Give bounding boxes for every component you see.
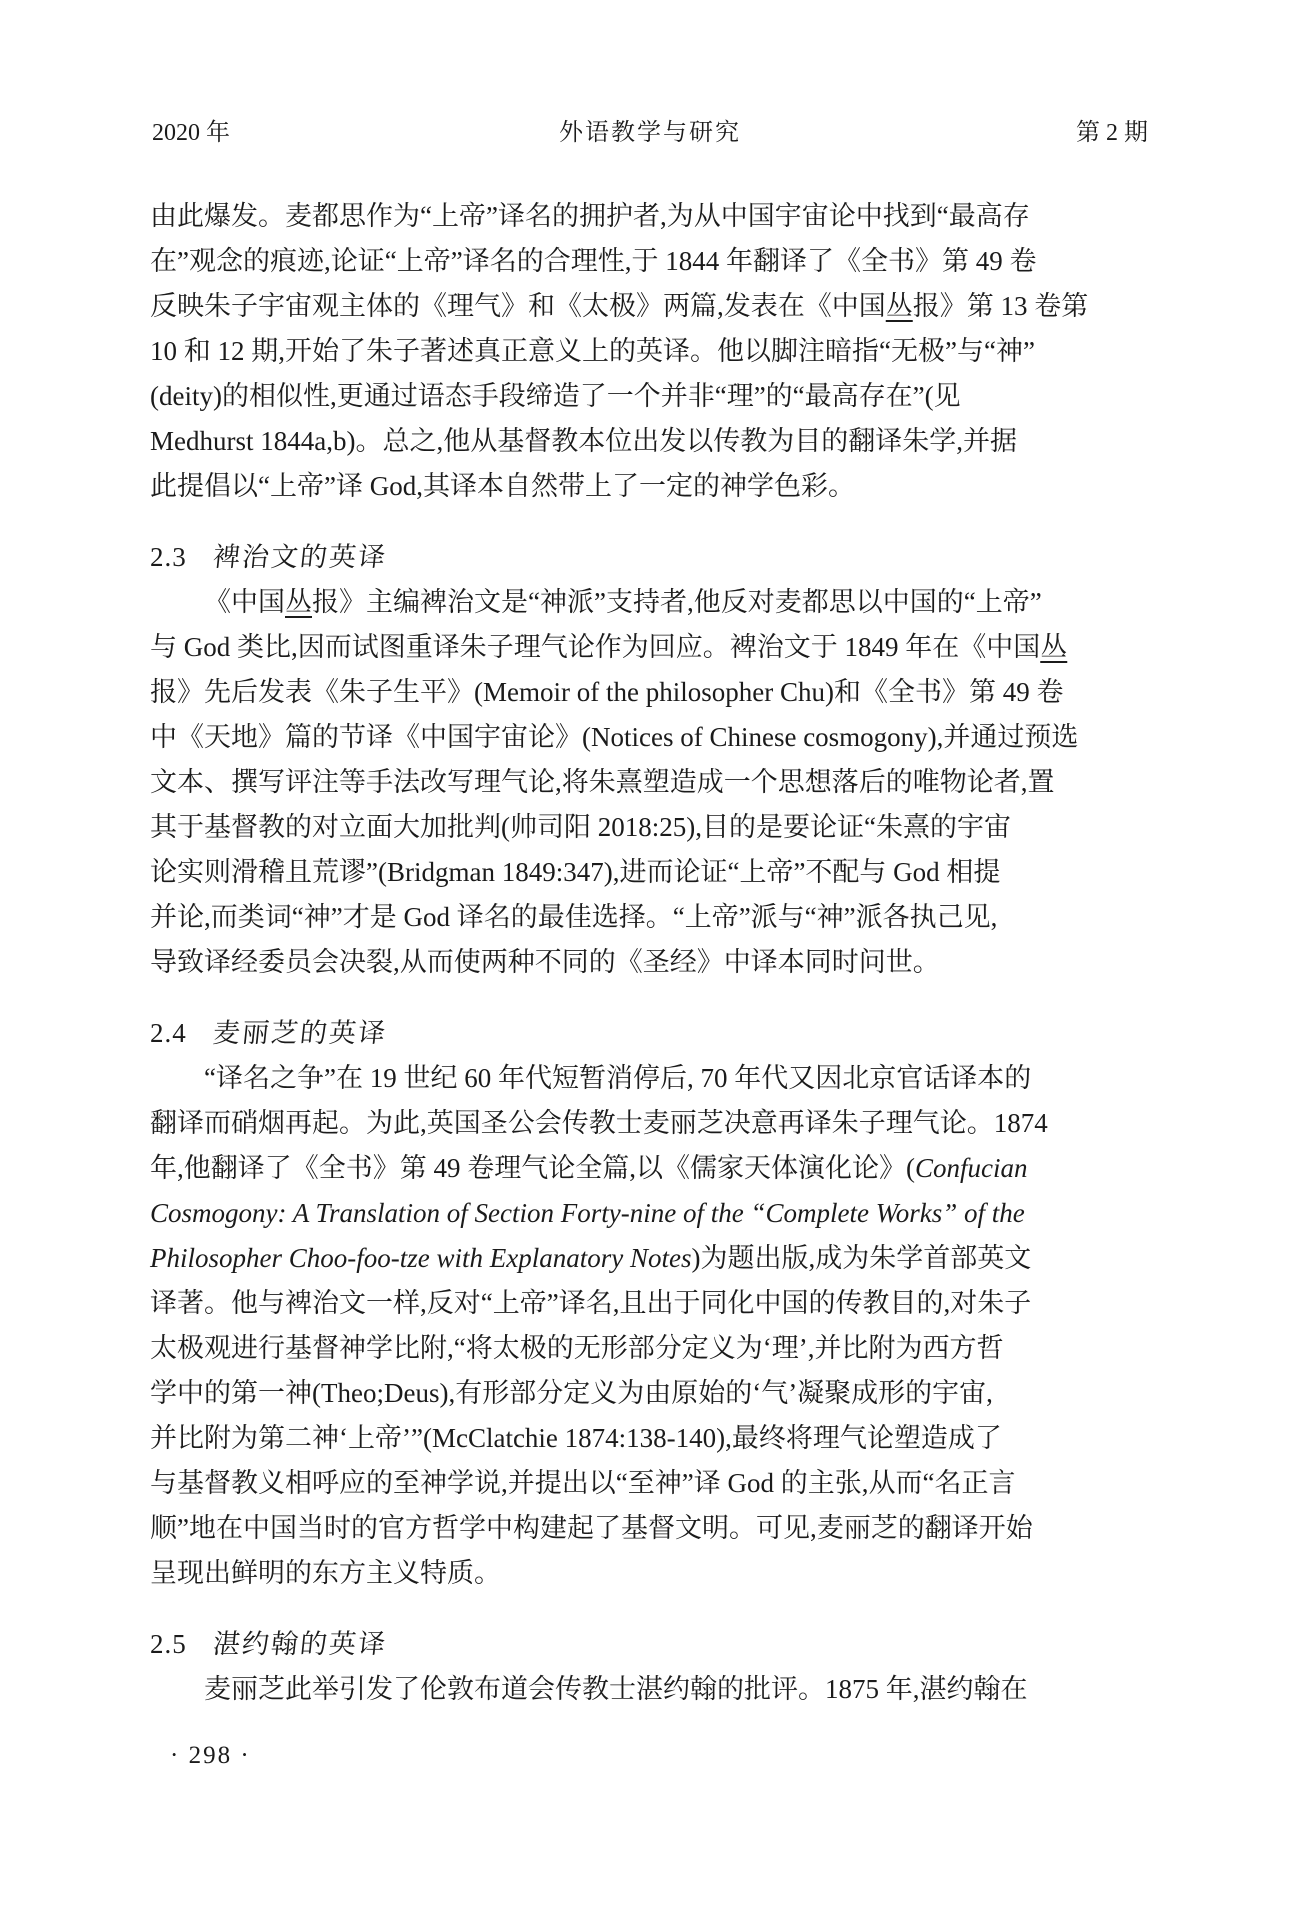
line-segment: 年,他翻译了《全书》第 49 卷理气论全篇,以《儒家天体演化论》( (150, 1153, 915, 1183)
line-segment: 此提倡以“上帝”译 God,其译本自然带上了一定的神学色彩。 (150, 471, 855, 501)
line-segment: 文本、撰写评注等手法改写理气论,将朱熹塑造成一个思想落后的唯物论者,置 (150, 767, 1055, 797)
line-segment: Philosopher Choo-foo-tze with Explanator… (150, 1243, 691, 1273)
text-line: 与 God 类比,因而试图重译朱子理气论作为回应。裨治文于 1849 年在《中国… (150, 625, 1152, 670)
text-line: 麦丽芝此举引发了伦敦布道会传教士湛约翰的批评。1875 年,湛约翰在 (150, 1667, 1152, 1712)
text-line: 由此爆发。麦都思作为“上帝”译名的拥护者,为从中国宇宙论中找到“最高存 (150, 194, 1152, 239)
line-segment: 与基督教义相呼应的至神学说,并提出以“至神”译 God 的主张,从而“名正言 (150, 1468, 1015, 1498)
article-body: 由此爆发。麦都思作为“上帝”译名的拥护者,为从中国宇宙论中找到“最高存在”观念的… (150, 194, 1152, 1712)
text-line: 顺”地在中国当时的官方哲学中构建起了基督文明。可见,麦丽芝的翻译开始 (150, 1506, 1152, 1551)
line-segment: 顺”地在中国当时的官方哲学中构建起了基督文明。可见,麦丽芝的翻译开始 (150, 1513, 1033, 1543)
line-segment: 丛 (285, 587, 312, 617)
heading-number: 2.3 (150, 542, 187, 572)
line-segment: 《中国 (204, 587, 285, 617)
text-line: 译著。他与裨治文一样,反对“上帝”译名,且出于同化中国的传教目的,对朱子 (150, 1281, 1152, 1326)
text-line: Medhurst 1844a,b)。总之,他从基督教本位出发以传教为目的翻译朱学… (150, 419, 1152, 464)
text-line: 10 和 12 期,开始了朱子著述真正意义上的英译。他以脚注暗指“无极”与“神” (150, 329, 1152, 374)
text-line: 其于基督教的对立面大加批判(帅司阳 2018:25),目的是要论证“朱熹的宇宙 (150, 805, 1152, 850)
line-segment: 并论,而类词“神”才是 God 译名的最佳选择。“上帝”派与“神”派各执己见, (150, 902, 997, 932)
text-line: 学中的第一神(Theo;Deus),有形部分定义为由原始的‘气’凝聚成形的宇宙, (150, 1371, 1152, 1416)
text-line: 文本、撰写评注等手法改写理气论,将朱熹塑造成一个思想落后的唯物论者,置 (150, 760, 1152, 805)
line-segment: )为题出版,成为朱学首部英文 (691, 1243, 1031, 1273)
line-segment: 翻译而硝烟再起。为此,英国圣公会传教士麦丽芝决意再译朱子理气论。1874 (150, 1108, 1048, 1138)
text-line: 导致译经委员会决裂,从而使两种不同的《圣经》中译本同时问世。 (150, 940, 1152, 985)
text-line: Philosopher Choo-foo-tze with Explanator… (150, 1236, 1152, 1281)
line-segment: Medhurst 1844a,b)。总之,他从基督教本位出发以传教为目的翻译朱学… (150, 426, 1017, 456)
text-line: 年,他翻译了《全书》第 49 卷理气论全篇,以《儒家天体演化论》(Confuci… (150, 1146, 1152, 1191)
header-journal-title: 外语教学与研究 (401, 112, 899, 147)
section-heading: 2.4麦丽芝的英译 (150, 1011, 1152, 1056)
text-line: 此提倡以“上帝”译 God,其译本自然带上了一定的神学色彩。 (150, 464, 1152, 509)
text-line: 呈现出鲜明的东方主义特质。 (150, 1551, 1152, 1596)
line-segment: 丛 (886, 291, 913, 321)
heading-number: 2.5 (150, 1629, 187, 1659)
line-segment: Confucian (915, 1153, 1028, 1183)
text-line: 反映朱子宇宙观主体的《理气》和《太极》两篇,发表在《中国丛报》第 13 卷第 (150, 284, 1152, 329)
heading-number: 2.4 (150, 1018, 187, 1048)
text-line: Cosmogony: A Translation of Section Fort… (150, 1191, 1152, 1236)
section-heading: 2.3裨治文的英译 (150, 535, 1152, 580)
heading-title: 裨治文的英译 (210, 535, 389, 580)
text-line: “译名之争”在 19 世纪 60 年代短暂消停后, 70 年代又因北京官话译本的 (150, 1056, 1152, 1101)
text-line: 论实则滑稽且荒谬”(Bridgman 1849:347),进而论证“上帝”不配与… (150, 850, 1152, 895)
line-segment: 其于基督教的对立面大加批判(帅司阳 2018:25),目的是要论证“朱熹的宇宙 (150, 812, 1011, 842)
line-segment: 导致译经委员会决裂,从而使两种不同的《圣经》中译本同时问世。 (150, 947, 940, 977)
text-line: 报》先后发表《朱子生平》(Memoir of the philosopher C… (150, 670, 1152, 715)
line-segment: 与 God 类比,因而试图重译朱子理气论作为回应。裨治文于 1849 年在《中国 (150, 632, 1040, 662)
line-segment: 报》主编裨治文是“神派”支持者,他反对麦都思以中国的“上帝” (312, 587, 1042, 617)
text-line: 翻译而硝烟再起。为此,英国圣公会传教士麦丽芝决意再译朱子理气论。1874 (150, 1101, 1152, 1146)
text-line: 在”观念的痕迹,论证“上帝”译名的合理性,于 1844 年翻译了《全书》第 49… (150, 239, 1152, 284)
text-line: 并比附为第二神‘上帝’”(McClatchie 1874:138-140),最终… (150, 1416, 1152, 1461)
line-segment: 报》第 13 卷第 (913, 291, 1089, 321)
line-segment: 并比附为第二神‘上帝’”(McClatchie 1874:138-140),最终… (150, 1423, 1002, 1453)
running-header: 2020 年 外语教学与研究 第 2 期 (152, 112, 1148, 147)
header-year: 2020 年 (152, 112, 401, 147)
text-line: 《中国丛报》主编裨治文是“神派”支持者,他反对麦都思以中国的“上帝” (150, 580, 1152, 625)
page-number: · 298 · (170, 1742, 251, 1770)
line-segment: 丛 (1040, 632, 1067, 662)
line-segment: 报》先后发表《朱子生平》(Memoir of the philosopher C… (150, 677, 1063, 707)
line-segment: Cosmogony: A Translation of Section Fort… (150, 1198, 1025, 1228)
heading-title: 湛约翰的英译 (210, 1622, 389, 1667)
line-segment: 麦丽芝此举引发了伦敦布道会传教士湛约翰的批评。1875 年,湛约翰在 (204, 1674, 1028, 1704)
paper-page: 2020 年 外语教学与研究 第 2 期 由此爆发。麦都思作为“上帝”译名的拥护… (0, 0, 1300, 1920)
header-issue-number: 第 2 期 (899, 112, 1148, 147)
line-segment: 呈现出鲜明的东方主义特质。 (150, 1558, 501, 1588)
line-segment: (deity)的相似性,更通过语态手段缔造了一个并非“理”的“最高存在”(见 (150, 381, 961, 411)
line-segment: 译著。他与裨治文一样,反对“上帝”译名,且出于同化中国的传教目的,对朱子 (150, 1288, 1031, 1318)
section-heading: 2.5湛约翰的英译 (150, 1622, 1152, 1667)
line-segment: 学中的第一神(Theo;Deus),有形部分定义为由原始的‘气’凝聚成形的宇宙, (150, 1378, 993, 1408)
text-line: 并论,而类词“神”才是 God 译名的最佳选择。“上帝”派与“神”派各执己见, (150, 895, 1152, 940)
line-segment: 论实则滑稽且荒谬”(Bridgman 1849:347),进而论证“上帝”不配与… (150, 857, 1000, 887)
text-line: 太极观进行基督神学比附,“将太极的无形部分定义为‘理’,并比附为西方哲 (150, 1326, 1152, 1371)
line-segment: 在”观念的痕迹,论证“上帝”译名的合理性,于 1844 年翻译了《全书》第 49… (150, 246, 1036, 276)
line-segment: 10 和 12 期,开始了朱子著述真正意义上的英译。他以脚注暗指“无极”与“神” (150, 336, 1035, 366)
line-segment: 太极观进行基督神学比附,“将太极的无形部分定义为‘理’,并比附为西方哲 (150, 1333, 1003, 1363)
text-line: (deity)的相似性,更通过语态手段缔造了一个并非“理”的“最高存在”(见 (150, 374, 1152, 419)
text-line: 中《天地》篇的节译《中国宇宙论》(Notices of Chinese cosm… (150, 715, 1152, 760)
heading-title: 麦丽芝的英译 (210, 1011, 389, 1056)
text-line: 与基督教义相呼应的至神学说,并提出以“至神”译 God 的主张,从而“名正言 (150, 1461, 1152, 1506)
line-segment: 中《天地》篇的节译《中国宇宙论》(Notices of Chinese cosm… (150, 722, 1078, 752)
line-segment: 由此爆发。麦都思作为“上帝”译名的拥护者,为从中国宇宙论中找到“最高存 (150, 201, 1030, 231)
line-segment: 反映朱子宇宙观主体的《理气》和《太极》两篇,发表在《中国 (150, 291, 886, 321)
line-segment: “译名之争”在 19 世纪 60 年代短暂消停后, 70 年代又因北京官话译本的 (204, 1063, 1031, 1093)
